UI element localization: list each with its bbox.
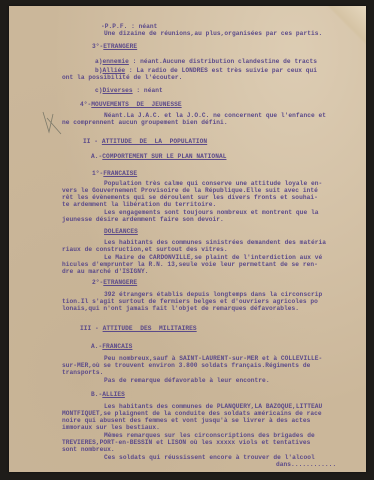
allies-line-4: immoraux sur les bestiaux. bbox=[62, 424, 160, 431]
francais-line-2: sur-MER,où se trouvent environ 3.800 sol… bbox=[62, 362, 310, 369]
jeunesse-line-2: ne comprennent aucun groupement bien déf… bbox=[62, 119, 228, 126]
doleances-line-5: dre au marché d'ISIGNY. bbox=[62, 268, 149, 275]
francaise-line-1: Population très calme qui conserve une a… bbox=[104, 180, 322, 187]
doleances-line-1: Les habitants des communes sinistrées de… bbox=[104, 239, 326, 246]
francaise-line-5: Les engagements sont toujours nombreux e… bbox=[104, 209, 319, 216]
etrangere-line-1: 392 étrangers établis depuis longtemps d… bbox=[104, 291, 322, 298]
allies-line-7: sont nombreux. bbox=[62, 446, 115, 453]
heading-A-national: A.-COMPORTEMENT SUR LE PLAN NATIONAL bbox=[91, 153, 226, 160]
allies-line-5: Mêmes remarques sur les circonscriptions… bbox=[104, 432, 315, 439]
francaise-line-3: rêt les évènements qui se déroulent sur … bbox=[62, 194, 318, 201]
paper-fold bbox=[326, 6, 366, 46]
jeunesse-line-1: Néant.La J.A.C. et la J.O.C. ne concerne… bbox=[104, 112, 326, 119]
item-alliee-cont: ont la possibilité de l'écouter. bbox=[62, 74, 182, 81]
allies-line-3: noire qui abusent des femmes et vont jus… bbox=[62, 417, 310, 424]
allies-line-2: MONTFIQUET,se plaignent de la conduite d… bbox=[62, 410, 322, 417]
etrangere-line-2: tion.Il s'agit surtout de fermiers belge… bbox=[62, 298, 318, 305]
allies-line-6: TREVIERES,PORT-en-BESSIN et LISON où les… bbox=[62, 439, 310, 446]
heading-doleances: DOLEANCES bbox=[104, 228, 138, 235]
allies-line-1: Les habitants des communes de PLANQUERY,… bbox=[104, 403, 322, 410]
francais-line-3: transports. bbox=[62, 369, 103, 376]
item-ennemie: a)ennemie : néant.Aucune distribution cl… bbox=[95, 58, 317, 65]
francaise-line-2: vers le Gouvernement Provisoire de la Ré… bbox=[62, 187, 318, 194]
document-page: -P.P.F. : néant Une dizaine de réunions,… bbox=[9, 6, 366, 472]
ppf-line: -P.P.F. : néant bbox=[101, 23, 157, 30]
francais-line-1: Peu nombreux,sauf à SAINT-LAURENT-sur-ME… bbox=[104, 355, 322, 362]
francaise-line-4: te ardemment la libération du territoire… bbox=[62, 201, 216, 208]
allies-line-9: dans............ bbox=[276, 461, 336, 468]
heading-jeunesse: 4°-MOUVEMENTS DE JEUNESSE bbox=[80, 101, 182, 108]
item-diverses: c)Diverses : néant bbox=[95, 87, 163, 94]
heading-section-III: III - ATTITUDE DES MILITAIRES bbox=[80, 325, 197, 332]
heading-etrangere-2: 2°-ETRANGERE bbox=[92, 279, 137, 286]
reunions-line: Une dizaine de réunions,au plus,organisé… bbox=[104, 30, 322, 37]
doleances-line-2: riaux de construction,et surtout des vit… bbox=[62, 246, 228, 253]
francais-line-4: Pas de remarque défavorable à leur encon… bbox=[104, 377, 270, 384]
francaise-line-6: jeunesse désire ardemment faire son devo… bbox=[62, 216, 224, 223]
doleances-line-4: hicules d'emprunter la R.N. 13,seule voi… bbox=[62, 261, 318, 268]
item-alliee: b)Alliée : La radio de LONDRES est très … bbox=[95, 67, 317, 74]
heading-section-II: II - ATTITUDE DE LA POPULATION bbox=[83, 138, 207, 145]
doleances-line-3: Le Maire de CARDONVILLE,se plaint de l'i… bbox=[104, 254, 322, 261]
heading-etrangere: 3°-ETRANGERE bbox=[92, 43, 137, 50]
heading-francaise: 1°-FRANCAISE bbox=[92, 170, 137, 177]
allies-line-8: Ces soldats qui réussissent encore à tro… bbox=[104, 454, 315, 461]
etrangere-line-3: lonais,qui n'ont jamais fait l'objet de … bbox=[62, 305, 299, 312]
heading-B-allies: B.-ALLIES bbox=[91, 391, 125, 398]
heading-A-francais: A.-FRANCAIS bbox=[91, 343, 132, 350]
